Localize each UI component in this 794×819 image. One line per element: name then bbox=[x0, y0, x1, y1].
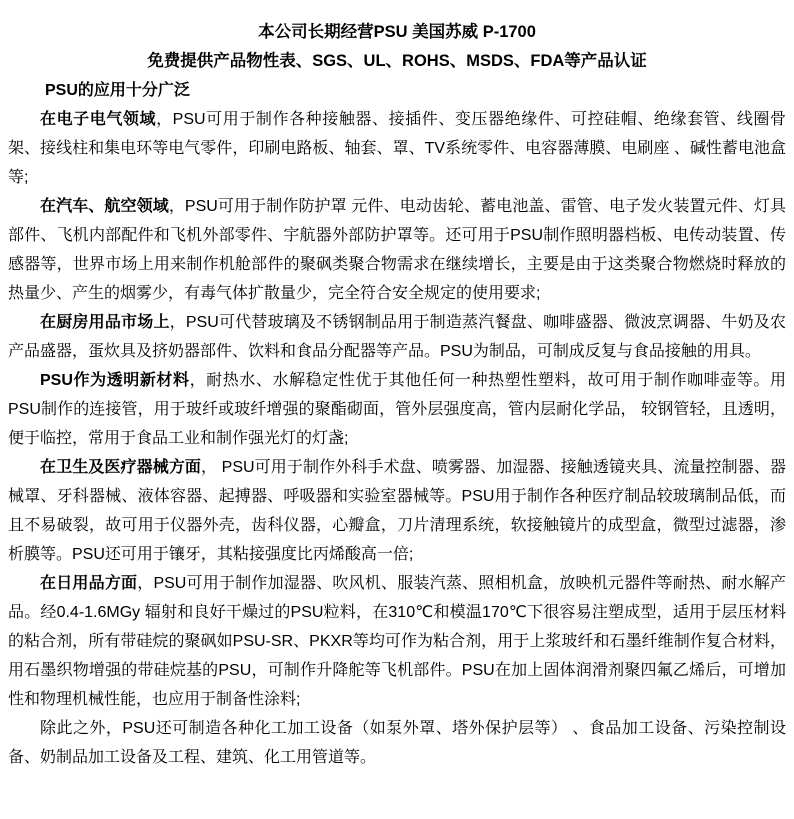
paragraph-lead: 在日用品方面 bbox=[40, 575, 137, 592]
paragraph-transparent-material: PSU作为透明新材料，耐热水、水解稳定性优于其他任何一种热塑性塑料，故可用于制作… bbox=[8, 366, 786, 453]
paragraph-kitchenware: 在厨房用品市场上，PSU可代替玻璃及不锈钢制品用于制造蒸汽餐盘、咖啡盛器、微波烹… bbox=[8, 308, 786, 366]
paragraph-body: 除此之外，PSU还可制造各种化工加工设备（如泵外罩、塔外保护层等） 、食品加工设… bbox=[8, 720, 786, 766]
paragraph-lead: 在厨房用品市场上 bbox=[40, 314, 170, 331]
paragraph-automotive-aviation: 在汽车、航空领域，PSU可用于制作防护罩 元件、电动齿轮、蓄电池盖、雷管、电子发… bbox=[8, 192, 786, 308]
paragraph-body: ，PSU可用于制作加湿器、吹风机、服装汽蒸、照相机盒，放映机元器件等耐热、耐水解… bbox=[8, 575, 786, 708]
document-title-line-1: 本公司长期经营PSU 美国苏威 P-1700 bbox=[8, 18, 786, 47]
paragraph-lead: 在汽车、航空领域 bbox=[40, 198, 169, 215]
paragraph-lead: PSU作为透明新材料 bbox=[40, 372, 190, 389]
section-heading: PSU的应用十分广泛 bbox=[8, 76, 786, 105]
document-page: 本公司长期经营PSU 美国苏威 P-1700 免费提供产品物性表、SGS、UL、… bbox=[0, 0, 794, 819]
paragraph-medical-devices: 在卫生及医疗器械方面， PSU可用于制作外科手术盘、喷雾器、加湿器、接触透镜夹具… bbox=[8, 453, 786, 569]
paragraph-daily-goods: 在日用品方面，PSU可用于制作加湿器、吹风机、服装汽蒸、照相机盒，放映机元器件等… bbox=[8, 569, 786, 714]
paragraph-lead: 在卫生及医疗器械方面 bbox=[40, 459, 201, 476]
paragraph-electronics: 在电子电气领域，PSU可用于制作各种接触器、接插件、变压器绝缘件、可控硅帽、绝缘… bbox=[8, 105, 786, 192]
paragraph-lead: 在电子电气领域 bbox=[40, 111, 156, 128]
document-title-line-2: 免费提供产品物性表、SGS、UL、ROHS、MSDS、FDA等产品认证 bbox=[8, 47, 786, 76]
paragraph-other-uses: 除此之外，PSU还可制造各种化工加工设备（如泵外罩、塔外保护层等） 、食品加工设… bbox=[8, 714, 786, 772]
